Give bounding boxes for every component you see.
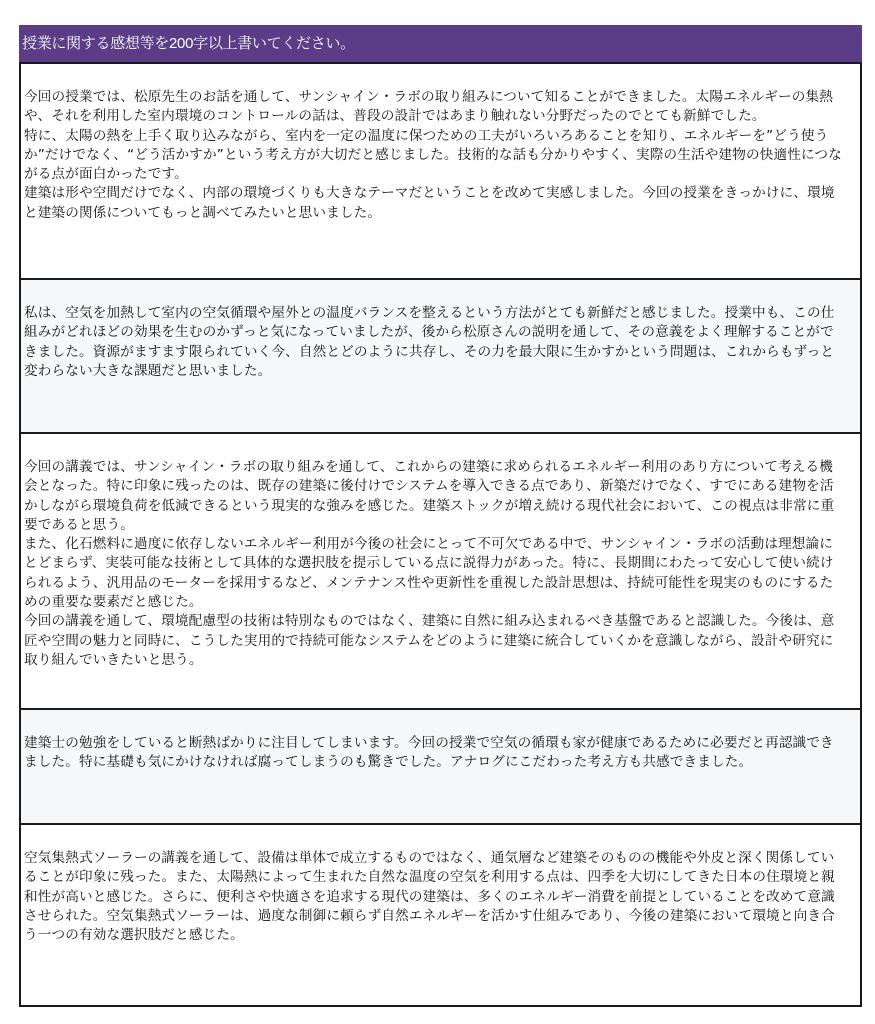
survey-response-sheet: 授業に関する感想等を200字以上書いてください。 今回の授業では、松原先生のお話… (19, 25, 862, 1007)
response-row-3: 今回の講義では、サンシャイン・ラボの取り組みを通して、これからの建築に求められる… (21, 432, 860, 708)
response-row-4: 建築士の勉強をしていると断熱ばかりに注目してしまいます。今回の授業で空気の循環も… (21, 708, 860, 823)
response-row-2: 私は、空気を加熱して室内の空気循環や屋外との温度バランスを整えるという方法がとて… (21, 278, 860, 432)
question-header: 授業に関する感想等を200字以上書いてください。 (19, 25, 862, 62)
responses-table: 今回の授業では、松原先生のお話を通して、サンシャイン・ラボの取り組みについて知る… (19, 62, 862, 1007)
response-row-5: 空気集熱式ソーラーの講義を通して、設備は単体で成立するものではなく、通気層など建… (21, 823, 860, 1005)
response-row-1: 今回の授業では、松原先生のお話を通して、サンシャイン・ラボの取り組みについて知る… (21, 64, 860, 278)
